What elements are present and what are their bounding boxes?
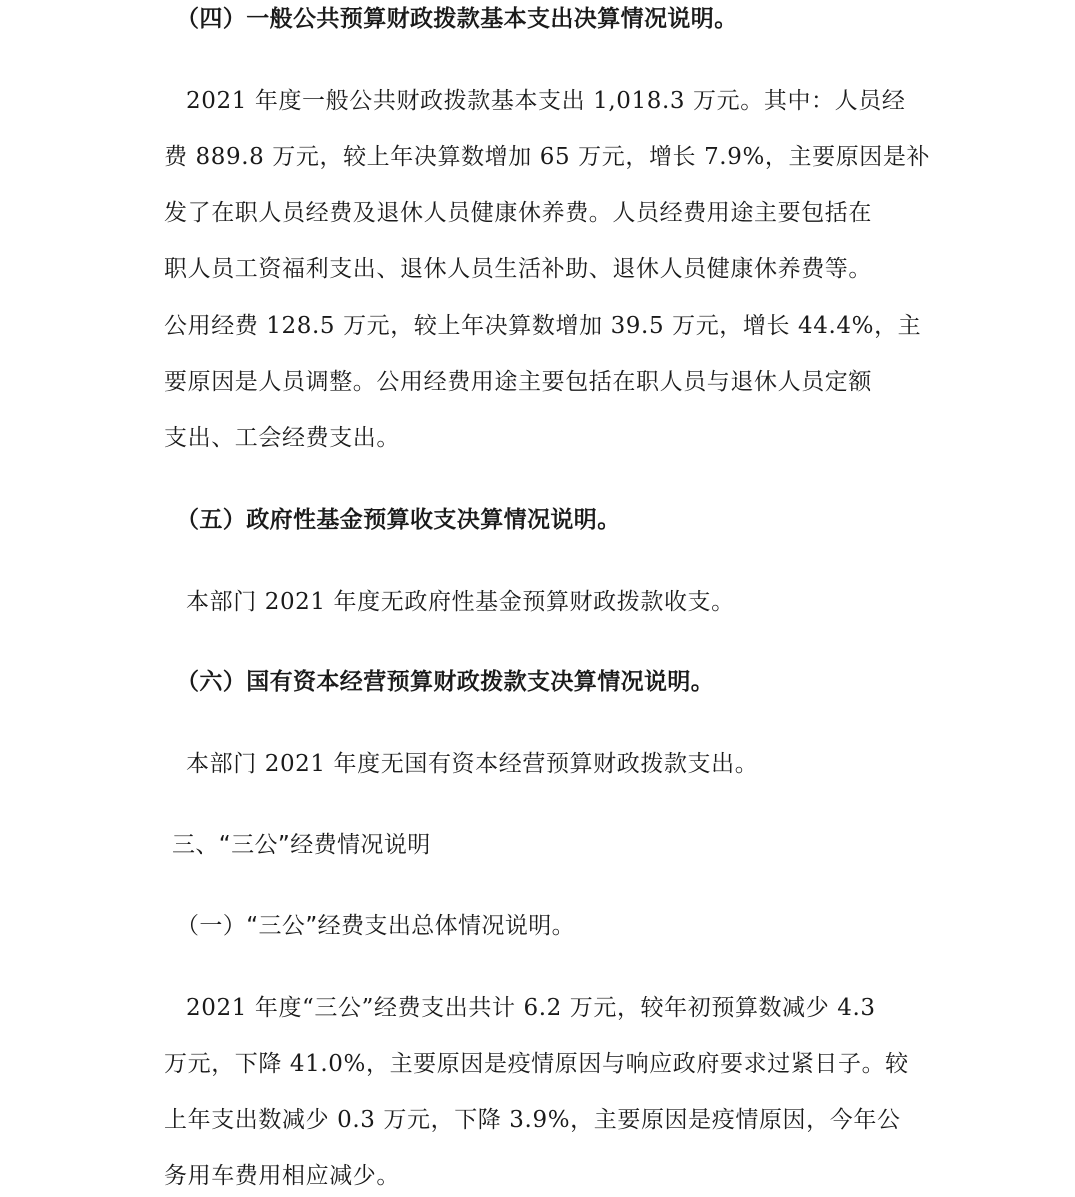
section-5-heading: （五）政府性基金预算收支决算情况说明。 — [176, 505, 621, 535]
part-3-paragraph-line: 上年支出数减少 0.3 万元，下降 3.9%，主要原因是疫情原因，今年公 — [164, 1105, 901, 1135]
section-6-paragraph-line: 本部门 2021 年度无国有资本经营预算财政拨款支出。 — [186, 749, 758, 779]
section-4-paragraph-line: 要原因是人员调整。公用经费用途主要包括在职人员与退休人员定额 — [164, 367, 872, 397]
section-4-heading: （四）一般公共预算财政拨款基本支出决算情况说明。 — [176, 4, 738, 34]
section-4-paragraph-line: 费 889.8 万元，较上年决算数增加 65 万元，增长 7.9%，主要原因是补 — [164, 142, 930, 172]
section-4-paragraph-line: 发了在职人员经费及退休人员健康休养费。人员经费用途主要包括在 — [164, 198, 872, 228]
part-3-title: 三、“三公”经费情况说明 — [172, 830, 431, 860]
section-4-paragraph-line: 支出、工会经费支出。 — [164, 423, 400, 453]
part-3-paragraph-line: 万元，下降 41.0%，主要原因是疫情原因与响应政府要求过紧日子。较 — [164, 1049, 909, 1079]
section-6-heading: （六）国有资本经营预算财政拨款支决算情况说明。 — [176, 667, 714, 697]
part-3-subsection-1-heading: （一）“三公”经费支出总体情况说明。 — [176, 911, 575, 941]
section-4-paragraph-line: 职人员工资福利支出、退休人员生活补助、退休人员健康休养费等。 — [164, 254, 872, 284]
section-5-paragraph-line: 本部门 2021 年度无政府性基金预算财政拨款收支。 — [186, 587, 735, 617]
part-3-paragraph-line: 务用车费用相应减少。 — [164, 1161, 400, 1191]
part-3-paragraph-line: 2021 年度“三公”经费支出共计 6.2 万元，较年初预算数减少 4.3 — [186, 993, 876, 1023]
document-page: （四）一般公共预算财政拨款基本支出决算情况说明。 2021 年度一般公共财政拨款… — [0, 0, 1075, 1197]
section-4-paragraph-line: 公用经费 128.5 万元，较上年决算数增加 39.5 万元，增长 44.4%，… — [164, 311, 921, 341]
section-4-paragraph-line: 2021 年度一般公共财政拨款基本支出 1,018.3 万元。其中：人员经 — [186, 86, 905, 116]
